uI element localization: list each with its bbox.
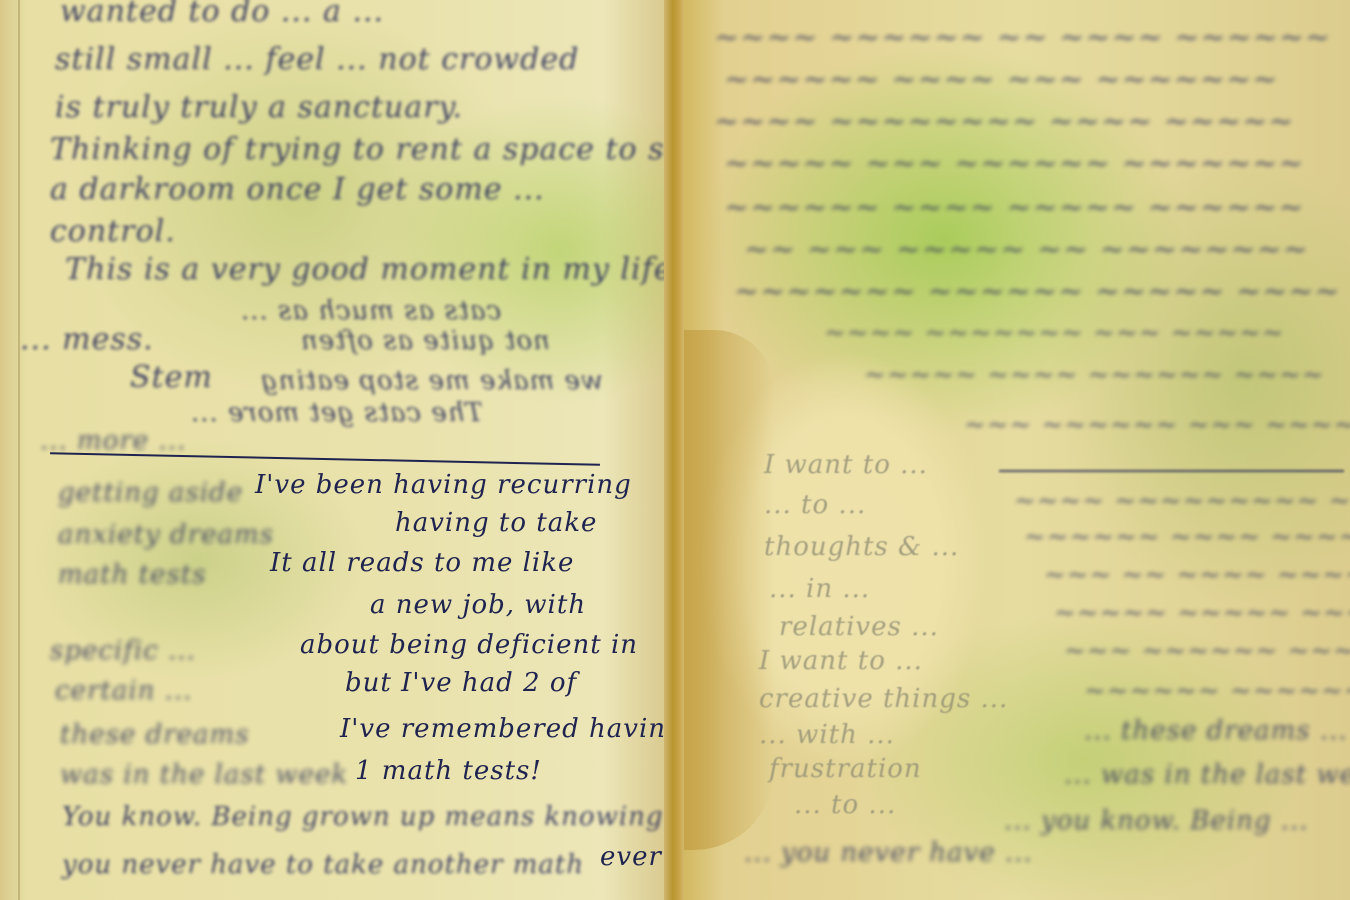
handwriting-line: I've remembered having: [340, 714, 670, 744]
handwriting-line: is truly truly a sanctuary.: [55, 90, 463, 125]
pencil-handwriting: thoughts & ...: [764, 532, 959, 562]
bled-handwriting: ... you know. Being ...: [1004, 806, 1309, 836]
pencil-handwriting: frustration: [769, 754, 922, 784]
bled-handwriting: ... you never have ...: [744, 838, 1033, 868]
section-divider-line: [999, 470, 1344, 472]
mirrored-handwriting: we make me stop eating: [260, 366, 603, 396]
handwriting-line: This is a very good moment in my life: [65, 252, 670, 287]
handwriting-line: wanted to do ... a ...: [60, 0, 384, 29]
section-divider-line: [50, 452, 600, 466]
handwriting-line: having to take: [395, 508, 597, 538]
water-stain: [684, 330, 774, 850]
handwriting-line: anxiety dreams: [58, 520, 274, 550]
pencil-handwriting: ... to ...: [794, 790, 896, 820]
mirrored-handwriting: The cats get more ...: [190, 398, 483, 428]
pencil-handwriting: I want to ...: [759, 646, 923, 676]
bled-handwriting: ... was in the last week: [1064, 760, 1350, 790]
handwriting-line: about being deficient in: [300, 630, 638, 660]
handwriting-line: I've been having recurring: [255, 470, 632, 500]
handwriting-line: You know. Being grown up means knowing: [62, 802, 664, 832]
handwriting-line: still small ... feel ... not crowded: [55, 42, 579, 77]
right-page: ~~~~ ~~~~~~ ~~ ~~~~ ~~~~~~ ~~~~~~ ~~~~ ~…: [684, 0, 1350, 900]
pencil-handwriting: ... to ...: [764, 490, 866, 520]
pencil-handwriting: ... with ...: [759, 720, 895, 750]
handwriting-line: ever: [600, 842, 662, 872]
handwriting-line: you never have to take another math: [62, 850, 584, 880]
handwriting-line: these dreams: [60, 720, 250, 750]
handwriting-line: control.: [50, 214, 176, 249]
handwriting-line: getting aside: [58, 478, 243, 508]
notebook-gutter: [664, 0, 686, 900]
handwriting-line: Thinking of trying to rent a space to se…: [50, 132, 670, 167]
pencil-handwriting: creative things ...: [759, 684, 1008, 714]
handwriting-line: certain ...: [55, 676, 192, 706]
handwriting-line: a darkroom once I get some ...: [50, 172, 545, 207]
handwriting-line: It all reads to me like: [270, 548, 574, 578]
handwriting-line: ... mess.: [20, 322, 154, 357]
handwriting-line: math tests: [58, 560, 207, 590]
pencil-handwriting: I want to ...: [764, 450, 928, 480]
handwriting-line: was in the last week: [60, 760, 348, 790]
mirrored-handwriting: cats as much as ...: [240, 296, 501, 326]
mirrored-handwriting: not quite as often: [300, 326, 550, 356]
pencil-handwriting: ... in ...: [769, 574, 870, 604]
bled-handwriting: ... these dreams ...: [1084, 716, 1348, 746]
pencil-handwriting: relatives ...: [779, 612, 939, 642]
notebook-spread: wanted to do ... a ... still small ... f…: [0, 0, 1350, 900]
handwriting-line: Stem: [130, 360, 213, 395]
handwriting-line: 1 math tests!: [355, 756, 542, 786]
handwriting-line: but I've had 2 of: [345, 668, 577, 698]
left-page: wanted to do ... a ... still small ... f…: [0, 0, 670, 900]
handwriting-line: specific ...: [50, 636, 196, 666]
handwriting-line: a new job, with: [370, 590, 586, 620]
